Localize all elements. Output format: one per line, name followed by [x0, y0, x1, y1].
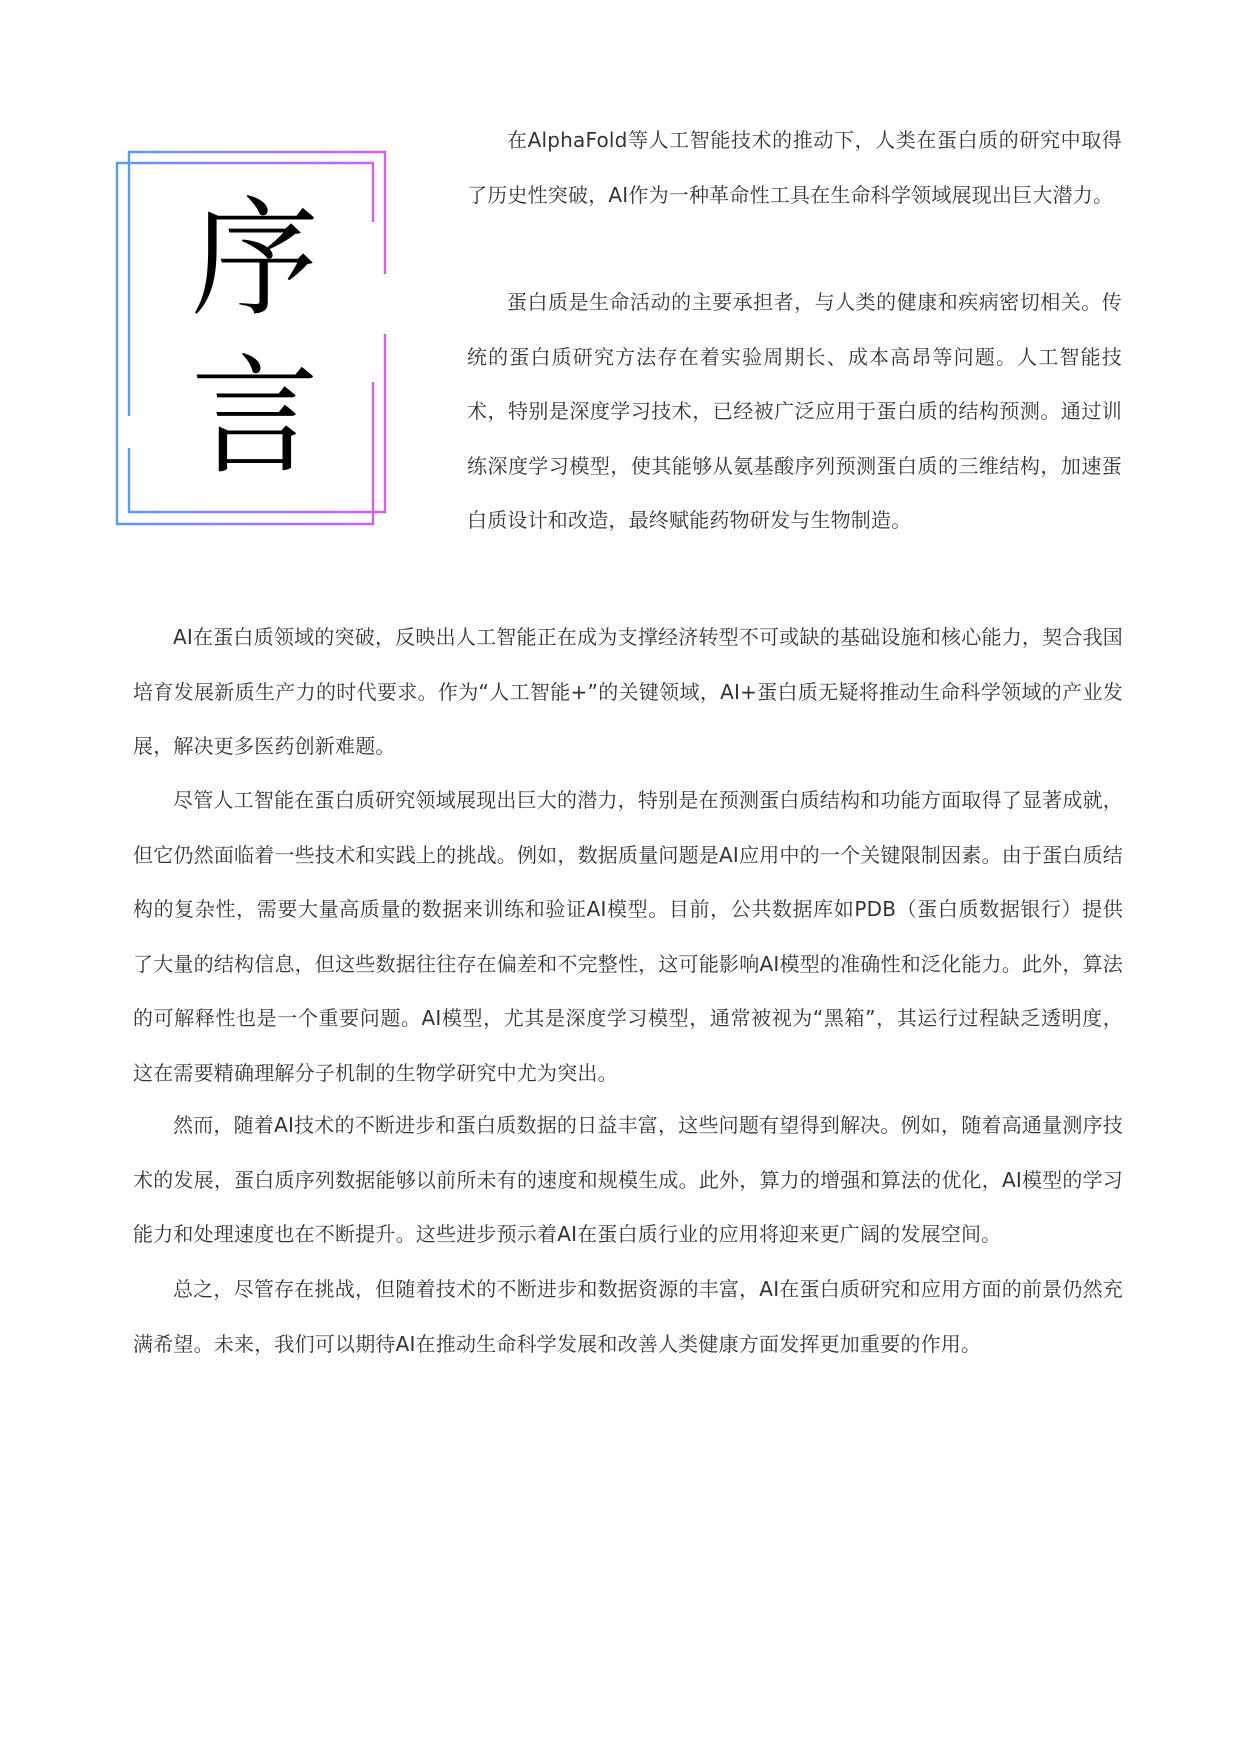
intro-paragraph: 蛋白质是生命活动的主要承担者，与人类的健康和疾病密切相关。传统的蛋白质研究方法存…	[467, 275, 1122, 548]
document-page: 序 言 在AlphaFold等人工智能技术的推动下，人类在蛋白质的研究中取得了历…	[0, 0, 1240, 1754]
body-paragraph: 尽管人工智能在蛋白质研究领域展现出巨大的潜力，特别是在预测蛋白质结构和功能方面取…	[133, 773, 1123, 1100]
intro-paragraph: 在AlphaFold等人工智能技术的推动下，人类在蛋白质的研究中取得了历史性突破…	[467, 113, 1122, 222]
body-paragraph: AI在蛋白质领域的突破，反映出人工智能正在成为支撑经济转型不可或缺的基础设施和核…	[133, 610, 1123, 774]
title-frame: 序 言	[115, 148, 395, 528]
body-paragraph: 然而，随着AI技术的不断进步和蛋白质数据的日益丰富，这些问题有望得到解决。例如，…	[133, 1098, 1123, 1262]
title-char-yan: 言	[115, 348, 395, 488]
title-char-xu: 序	[115, 190, 395, 330]
body-paragraph: 总之，尽管存在挑战，但随着技术的不断进步和数据资源的丰富，AI在蛋白质研究和应用…	[133, 1262, 1123, 1371]
